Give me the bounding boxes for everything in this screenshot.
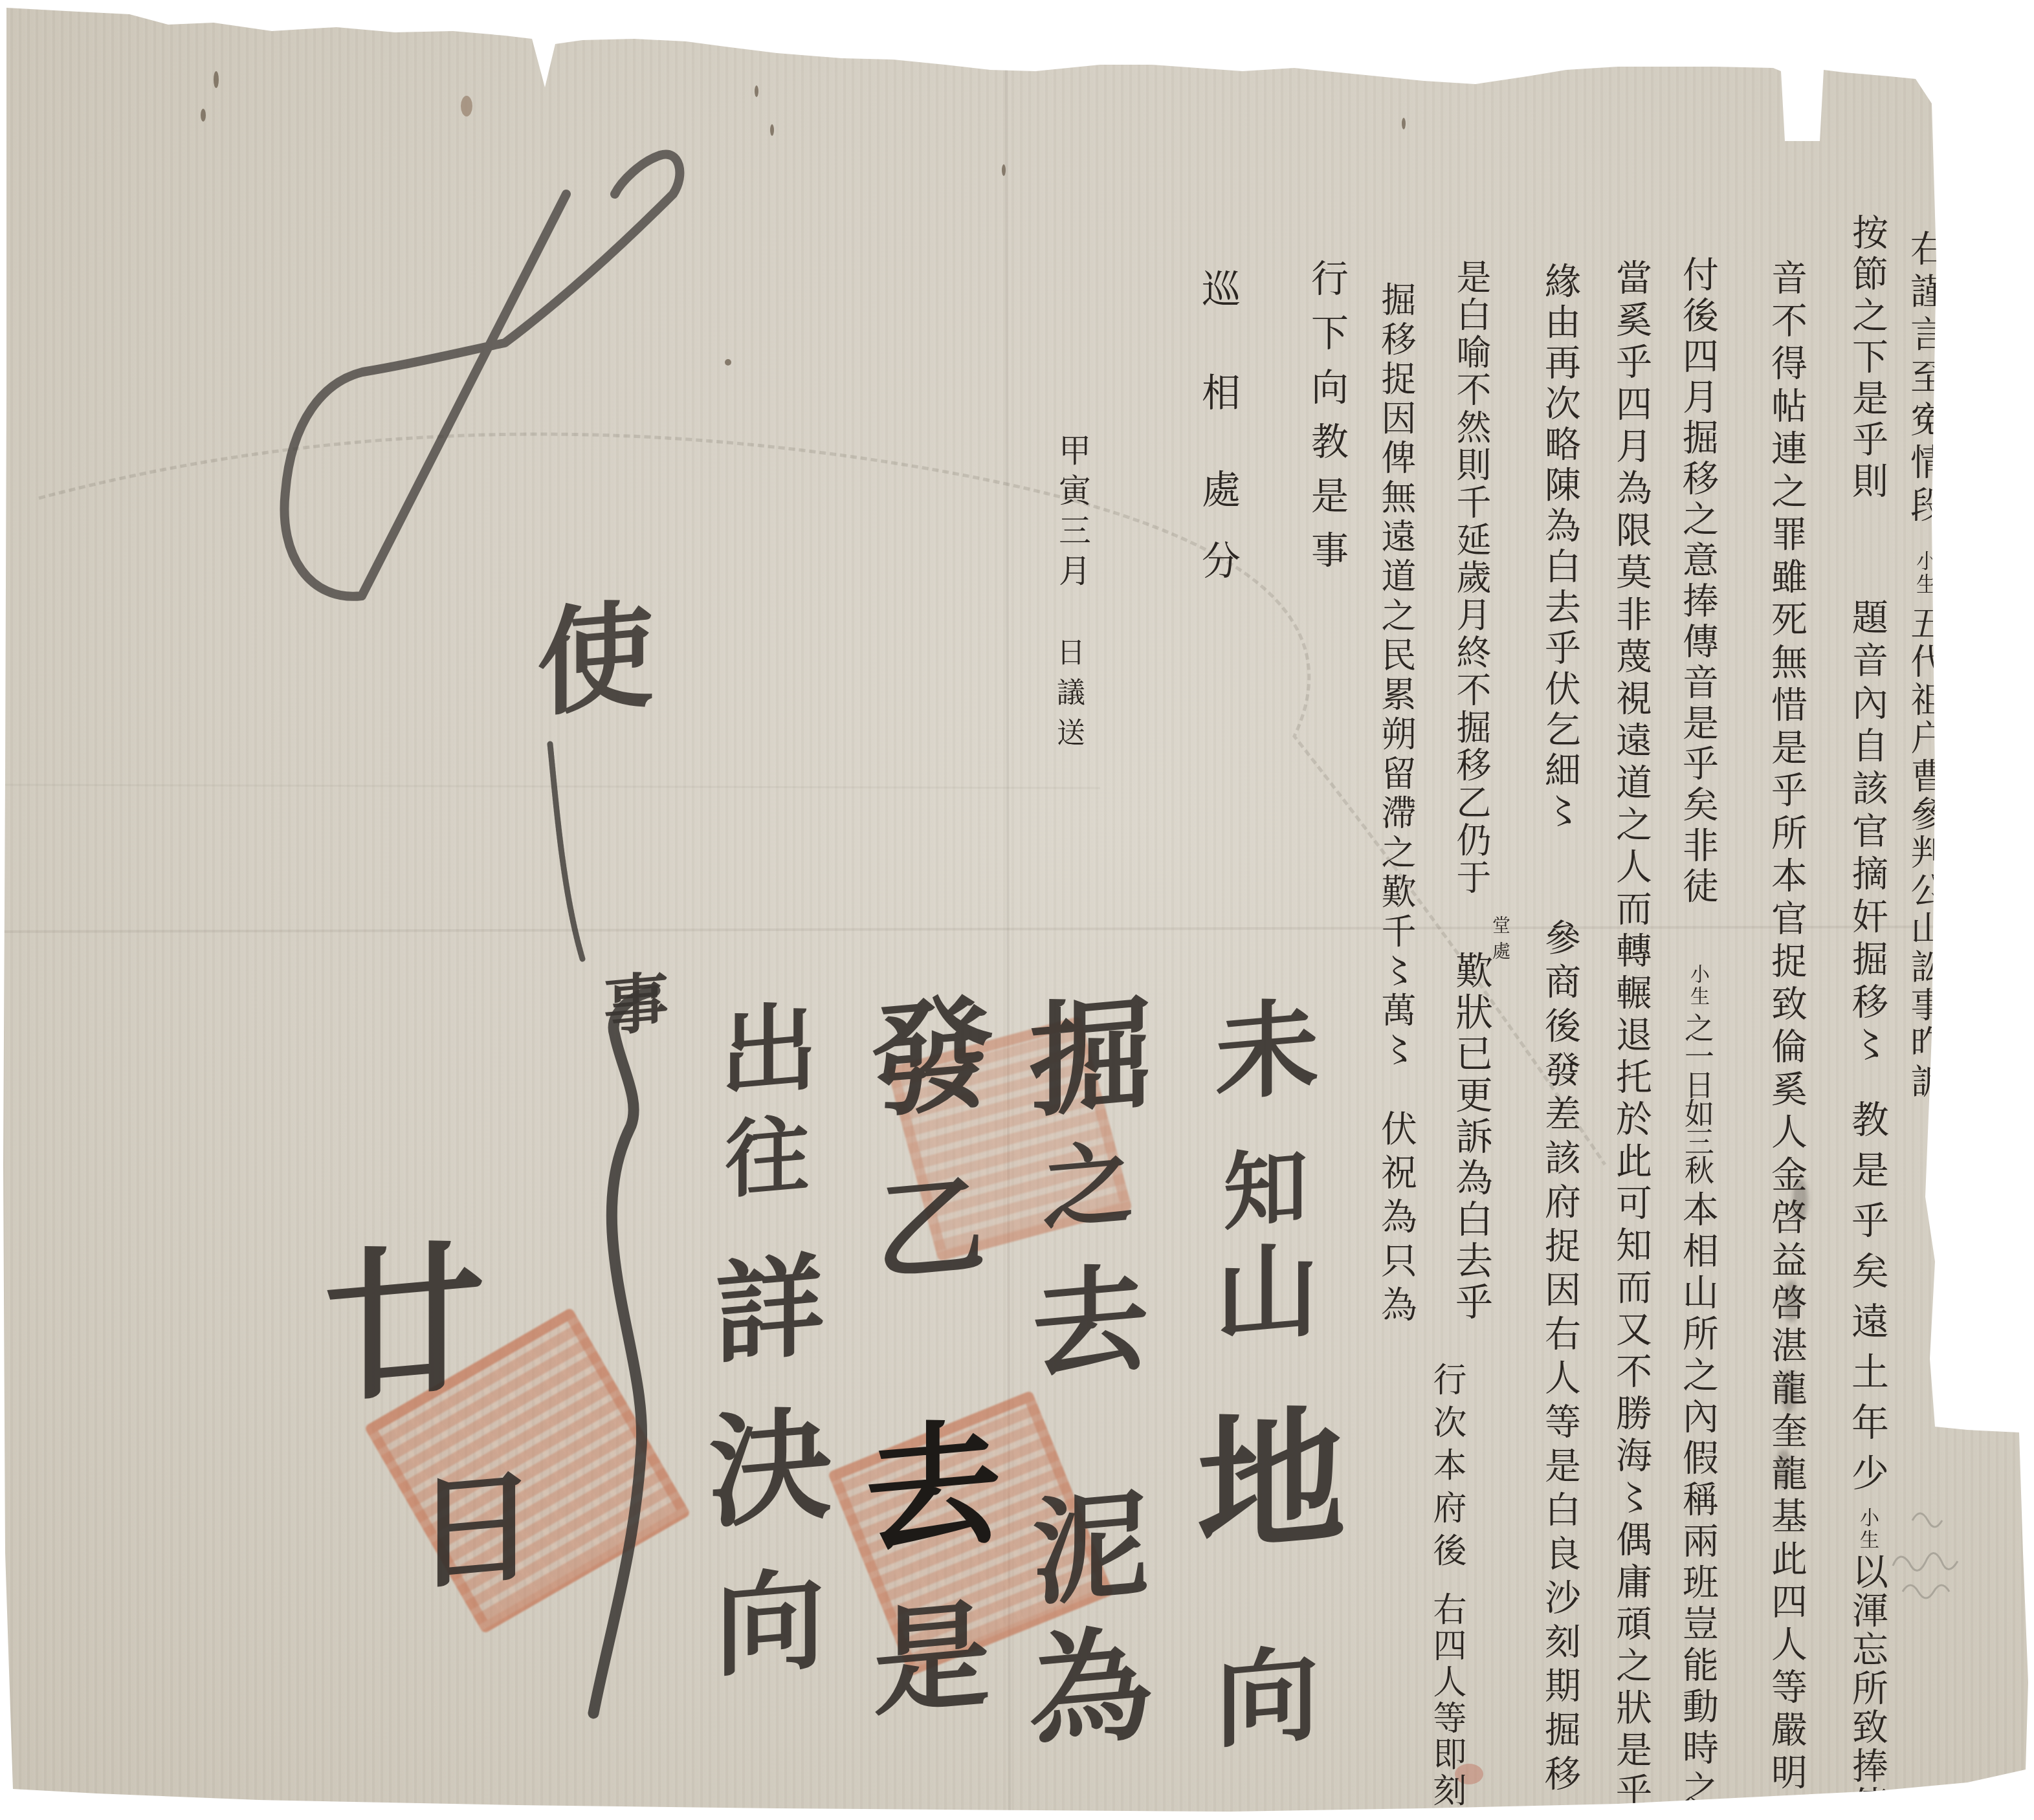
pencil-scribble: [1893, 1513, 1958, 1598]
signature-flourish-icon: [284, 154, 680, 596]
document-page: 右謹言至寃情段 小生 五代祖户曹參判公山訟事昨訴 按節之下是乎則 題音內自該官摘…: [0, 0, 2034, 1820]
long-brush-stroke: [593, 991, 655, 1713]
paper-sheet: 右謹言至寃情段 小生 五代祖户曹參判公山訟事昨訴 按節之下是乎則 題音內自該官摘…: [0, 0, 2034, 1820]
brush-stroke-layer: [0, 0, 2034, 1820]
signature-tail-stroke: [550, 744, 582, 959]
